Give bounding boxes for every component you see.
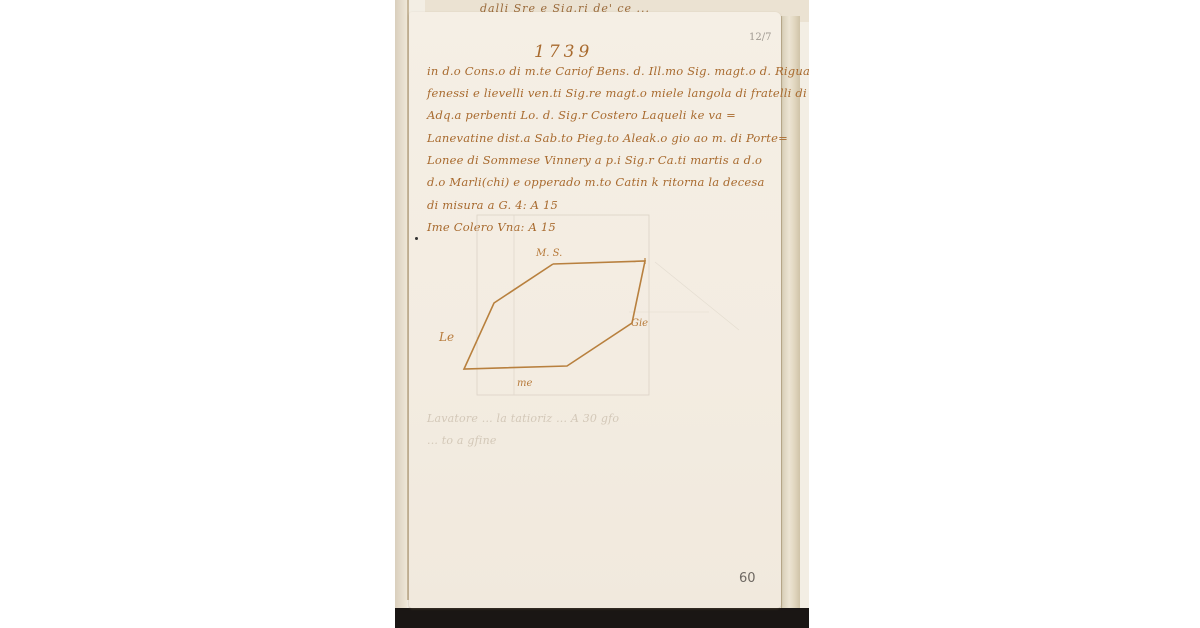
manuscript-page: 1739 12/7 in d.o Cons.o di m.te Cariof B… [409,12,781,608]
diagram-label-bottom: me [517,378,532,389]
book-binding [395,0,407,610]
page-number: 60 [739,571,756,586]
faint-text-line: ... to a gfine [427,434,497,447]
manuscript-scan: dalli Sre e Sig.ri de' ce ... 1739 12/7 … [395,0,809,628]
diagram-label-left: Le [439,330,454,344]
page-stack-edges [781,16,800,610]
diagram-label-right: Gie [631,318,648,329]
scan-background [395,608,809,628]
faint-text-line: Lavatore ... la tatioriz ... A 30 gfo [427,412,619,425]
diagram-label-top: M. S. [536,248,562,259]
land-plot-diagram [409,12,781,608]
